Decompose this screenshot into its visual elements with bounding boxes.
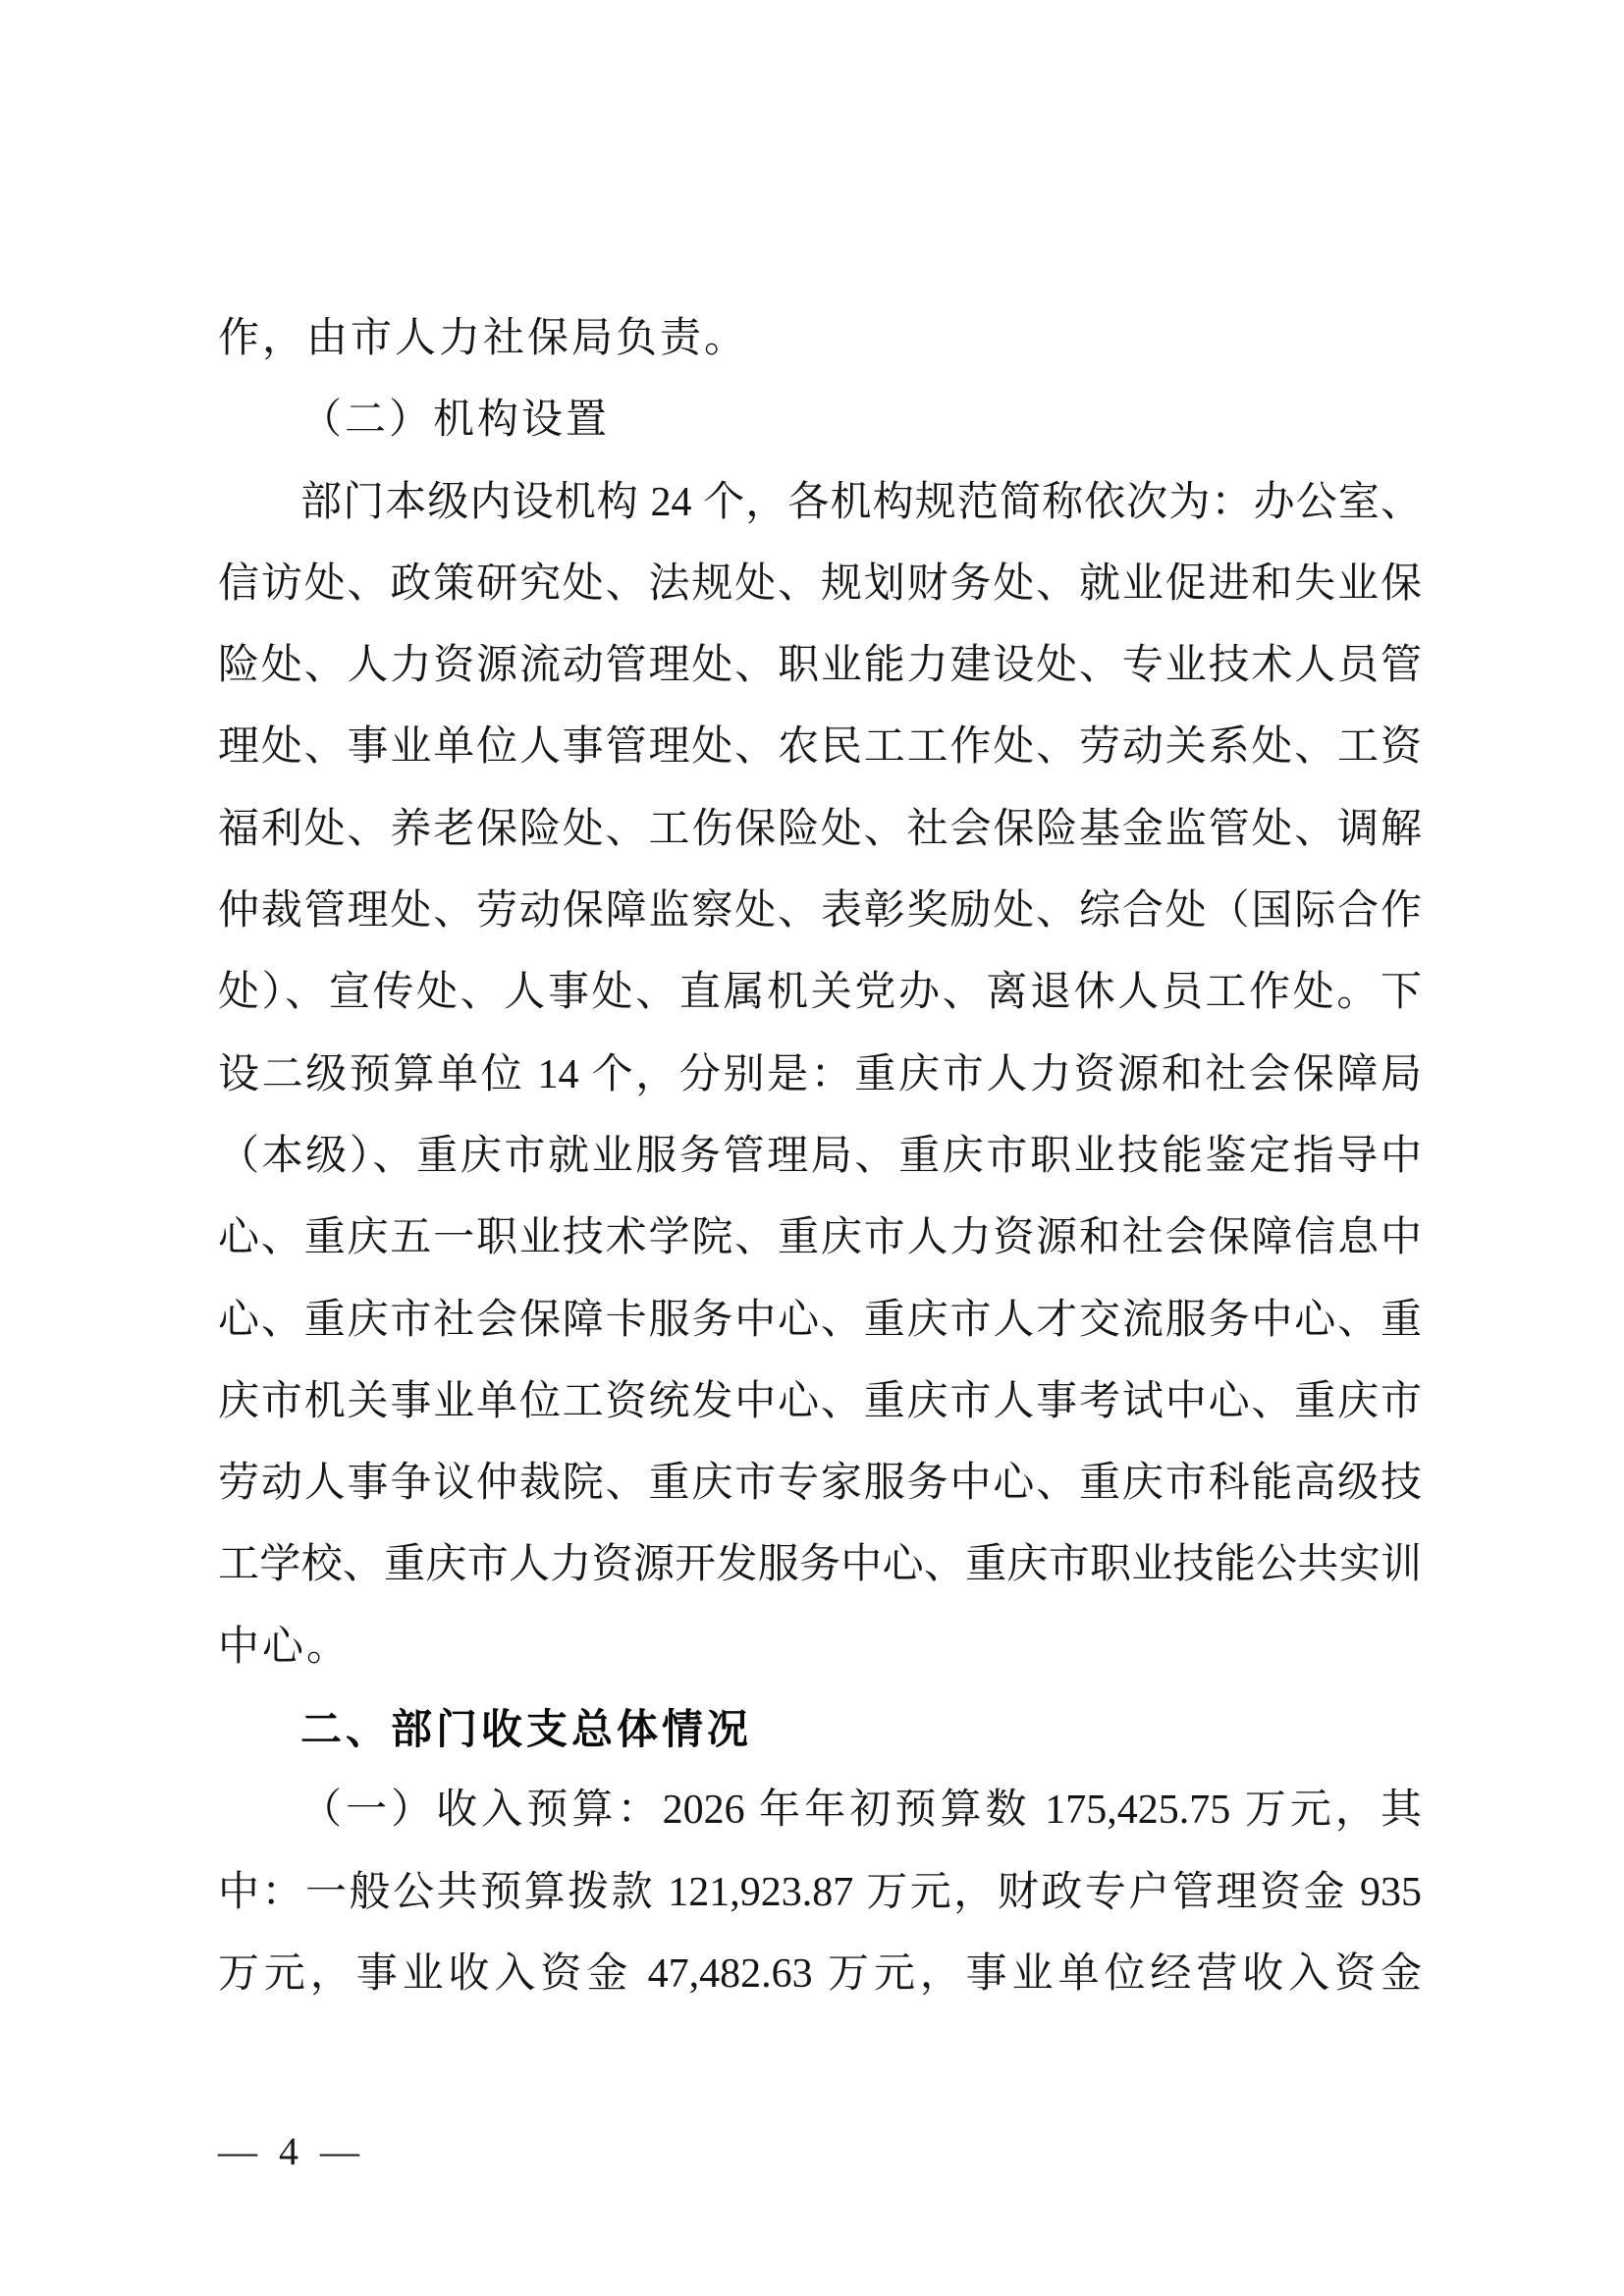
- text-line: 处）、宣传处、人事处、直属机关党办、离退休人员工作处。下: [218, 952, 1422, 1034]
- page-footer: — 4 —: [218, 2128, 365, 2174]
- text-line: （一）收入预算：2026 年年初预算数 175,425.75 万元，其: [218, 1770, 1422, 1851]
- text-line: 中心。: [218, 1607, 1422, 1688]
- section-heading: 二、部门收支总体情况: [218, 1688, 1422, 1770]
- text-line: 心、重庆五一职业技术学院、重庆市人力资源和社会保障信息中: [218, 1198, 1422, 1279]
- text-line: 工学校、重庆市人力资源开发服务中心、重庆市职业技能公共实训: [218, 1524, 1422, 1606]
- text-line: 险处、人力资源流动管理处、职业能力建设处、专业技术人员管: [218, 625, 1422, 707]
- text-line: 部门本级内设机构 24 个，各机构规范简称依次为：办公室、: [218, 462, 1422, 544]
- text-line: 心、重庆市社会保障卡服务中心、重庆市人才交流服务中心、重: [218, 1280, 1422, 1362]
- text-line: 福利处、养老保险处、工伤保险处、社会保险基金监管处、调解: [218, 789, 1422, 871]
- page-number: — 4 —: [218, 2129, 365, 2173]
- text-line: （本级）、重庆市就业服务管理局、重庆市职业技能鉴定指导中: [218, 1116, 1422, 1198]
- text-line: 庆市机关事业单位工资统发中心、重庆市人事考试中心、重庆市: [218, 1362, 1422, 1443]
- text-line: 中：一般公共预算拨款 121,923.87 万元，财政专户管理资金 935: [218, 1852, 1422, 1934]
- text-block: 作，由市人力社保局负责。（二）机构设置部门本级内设机构 24 个，各机构规范简称…: [218, 298, 1422, 2015]
- text-line: 万元，事业收入资金 47,482.63 万元，事业单位经营收入资金: [218, 1934, 1422, 2015]
- text-line: 信访处、政策研究处、法规处、规划财务处、就业促进和失业保: [218, 544, 1422, 625]
- text-line: 设二级预算单位 14 个，分别是：重庆市人力资源和社会保障局: [218, 1035, 1422, 1116]
- document-page: 作，由市人力社保局负责。（二）机构设置部门本级内设机构 24 个，各机构规范简称…: [0, 0, 1624, 2296]
- text-line: 仲裁管理处、劳动保障监察处、表彰奖励处、综合处（国际合作: [218, 871, 1422, 952]
- text-line: 劳动人事争议仲裁院、重庆市专家服务中心、重庆市科能高级技: [218, 1443, 1422, 1524]
- text-line: （二）机构设置: [218, 380, 1422, 461]
- text-line: 作，由市人力社保局负责。: [218, 298, 1422, 380]
- text-line: 理处、事业单位人事管理处、农民工工作处、劳动关系处、工资: [218, 707, 1422, 788]
